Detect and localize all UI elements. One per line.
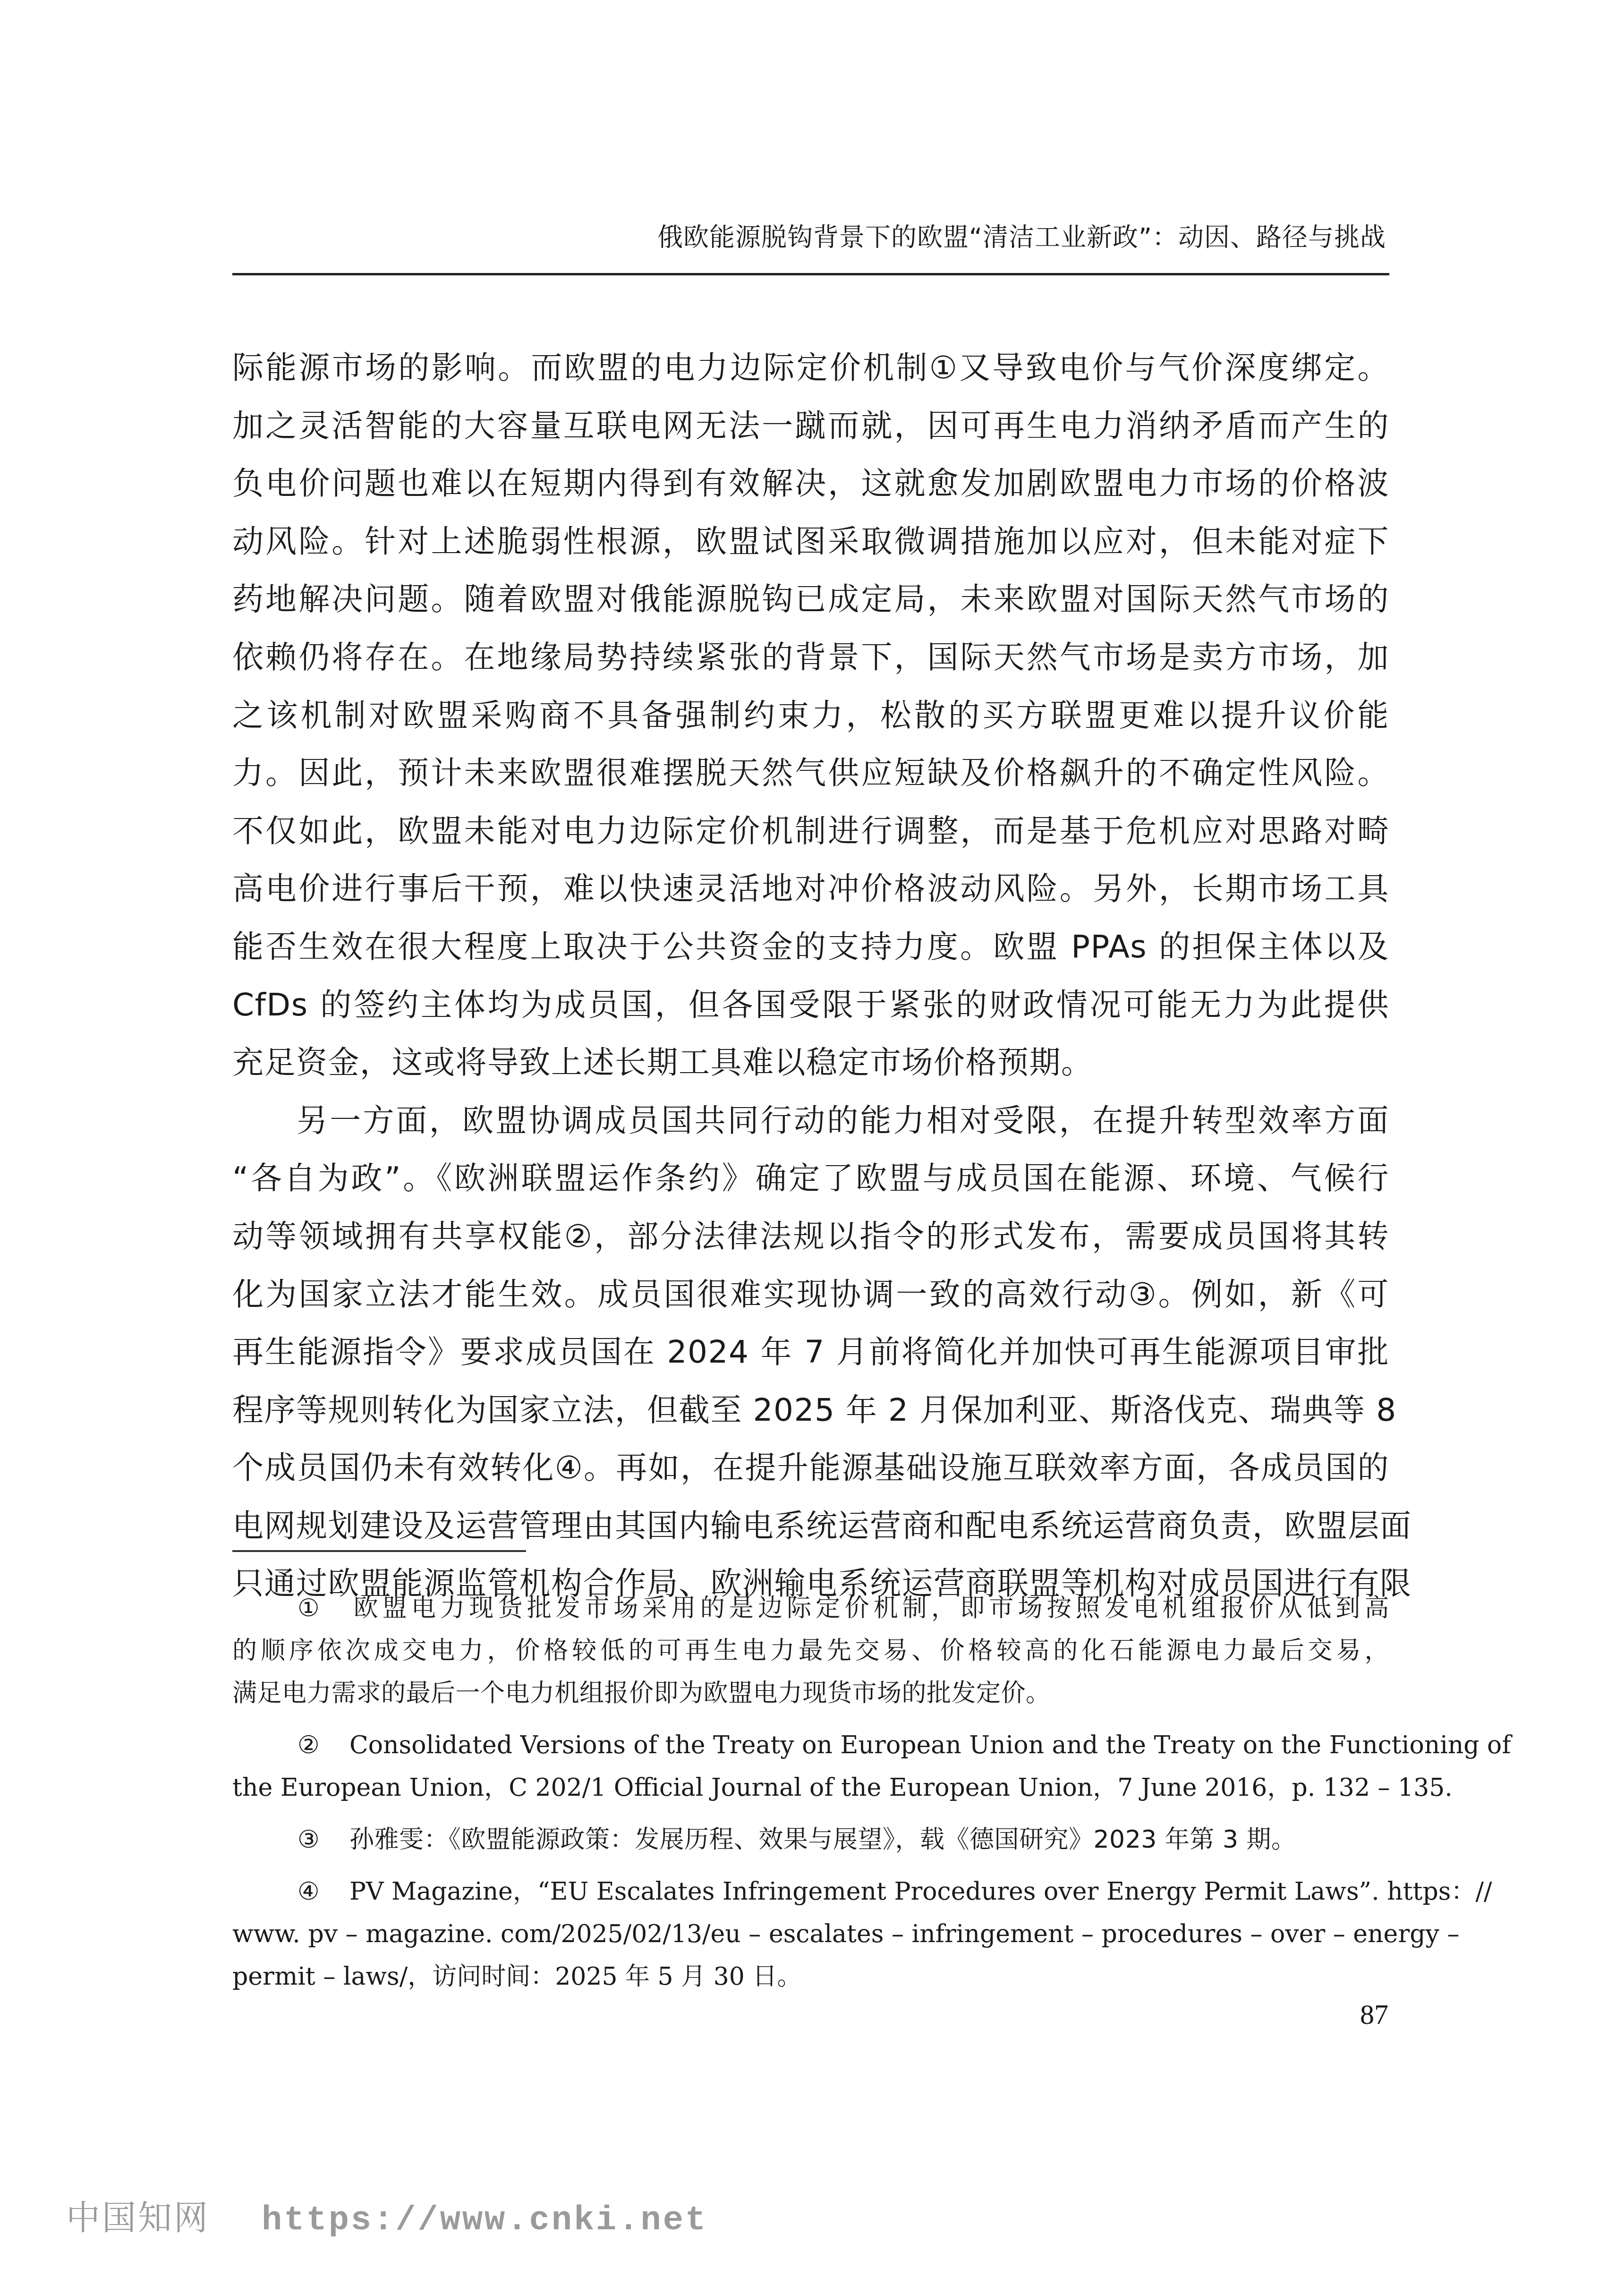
text-line: 电网规划建设及运营管理由其国内输电系统运营商和配电系统运营商负责，欧盟层面 <box>232 1497 1389 1555</box>
text-line: 加之灵活智能的大容量互联电网无法一蹴而就，因可再生电力消纳矛盾而产生的 <box>232 397 1389 455</box>
footnote-line: 的顺序依次成交电力，价格较低的可再生电力最先交易、价格较高的化石能源电力最后交易… <box>232 1629 1389 1672</box>
text-line: 依赖仍将存在。在地缘局势持续紧张的背景下，国际天然气市场是卖方市场，加 <box>232 629 1389 687</box>
text-line: 力。因此，预计未来欧盟很难摆脱天然气供应短缺及价格飙升的不确定性风险。 <box>232 744 1389 802</box>
footnote-1: ①欧盟电力现货批发市场采用的是边际定价机制，即市场按照发电机组报价从低到高 的顺… <box>232 1587 1389 1714</box>
watermark-url[interactable]: https://www.cnki.net <box>262 2201 707 2240</box>
header-rule <box>232 273 1389 275</box>
text-line: 动等领域拥有共享权能②，部分法律法规以指令的形式发布，需要成员国将其转 <box>232 1208 1389 1266</box>
footnote-marker: ① <box>298 1587 349 1629</box>
text-line: 不仅如此，欧盟未能对电力边际定价机制进行调整，而是基于危机应对思路对畸 <box>232 802 1389 861</box>
body-text: 际能源市场的影响。而欧盟的电力边际定价机制①又导致电价与气价深度绑定。 加之灵活… <box>232 339 1389 1613</box>
text-line: “各自为政”。《欧洲联盟运作条约》确定了欧盟与成员国在能源、环境、气候行 <box>232 1150 1389 1208</box>
footnote-marker: ③ <box>298 1818 349 1861</box>
footnote-line: ③孙雅雯：《欧盟能源政策：发展历程、效果与展望》，载《德国研究》2023 年第 … <box>232 1818 1389 1861</box>
footnotes: ①欧盟电力现货批发市场采用的是边际定价机制，即市场按照发电机组报价从低到高 的顺… <box>232 1587 1389 2007</box>
footnote-3: ③孙雅雯：《欧盟能源政策：发展历程、效果与展望》，载《德国研究》2023 年第 … <box>232 1818 1389 1861</box>
paragraph-1: 际能源市场的影响。而欧盟的电力边际定价机制①又导致电价与气价深度绑定。 加之灵活… <box>232 339 1389 1092</box>
footnote-line: 满足电力需求的最后一个电力机组报价即为欧盟电力现货市场的批发定价。 <box>232 1672 1389 1714</box>
text-line: 动风险。针对上述脆弱性根源，欧盟试图采取微调措施加以应对，但未能对症下 <box>232 513 1389 571</box>
text-line: 负电价问题也难以在短期内得到有效解决，这就愈发加剧欧盟电力市场的价格波 <box>232 455 1389 513</box>
footnote-line: the European Union，C 202/1 Official Jour… <box>232 1766 1389 1809</box>
footnote-text: 孙雅雯：《欧盟能源政策：发展历程、效果与展望》，载《德国研究》2023 年第 3… <box>349 1825 1296 1854</box>
text-line: 能否生效在很大程度上取决于公共资金的支持力度。欧盟 PPAs 的担保主体以及 <box>232 918 1389 976</box>
footnote-line: ①欧盟电力现货批发市场采用的是边际定价机制，即市场按照发电机组报价从低到高 <box>232 1587 1389 1629</box>
footnote-marker: ④ <box>298 1870 349 1913</box>
footnote-2: ②Consolidated Versions of the Treaty on … <box>232 1724 1389 1809</box>
text-line: 另一方面，欧盟协调成员国共同行动的能力相对受限，在提升转型效率方面 <box>232 1092 1389 1150</box>
footnote-text: Consolidated Versions of the Treaty on E… <box>349 1731 1511 1759</box>
footnote-line: permit – laws/，访问时间：2025 年 5 月 30 日。 <box>232 1955 1389 1998</box>
footnote-text: PV Magazine，“EU Escalates Infringement P… <box>349 1877 1492 1906</box>
footnote-marker: ② <box>298 1724 349 1766</box>
text-line: 之该机制对欧盟采购商不具备强制约束力，松散的买方联盟更难以提升议价能 <box>232 687 1389 745</box>
text-line: 药地解决问题。随着欧盟对俄能源脱钩已成定局，未来欧盟对国际天然气市场的 <box>232 571 1389 629</box>
text-line: 个成员国仍未有效转化④。再如，在提升能源基础设施互联效率方面，各成员国的 <box>232 1439 1389 1497</box>
running-head-title: 俄欧能源脱钩背景下的欧盟“清洁工业新政”：动因、路径与挑战 <box>234 221 1386 254</box>
text-line: 高电价进行事后干预，难以快速灵活地对冲价格波动风险。另外，长期市场工具 <box>232 860 1389 918</box>
cnki-watermark: 中国知网https://www.cnki.net <box>66 2196 707 2239</box>
text-line: 充足资金，这或将导致上述长期工具难以稳定市场价格预期。 <box>232 1034 1389 1092</box>
footnote-link-line[interactable]: www. pv – magazine. com/2025/02/13/eu – … <box>232 1913 1389 1955</box>
watermark-site-name: 中国知网 <box>66 2198 210 2237</box>
text-line: 再生能源指令》要求成员国在 2024 年 7 月前将简化并加快可再生能源项目审批 <box>232 1323 1389 1382</box>
footnote-text: 欧盟电力现货批发市场采用的是边际定价机制，即市场按照发电机组报价从低到高 <box>349 1594 1389 1622</box>
text-line: 际能源市场的影响。而欧盟的电力边际定价机制①又导致电价与气价深度绑定。 <box>232 339 1389 397</box>
page-number: 87 <box>1341 1996 1388 2033</box>
footnote-separator <box>232 1550 526 1552</box>
text-line: CfDs 的签约主体均为成员国，但各国受限于紧张的财政情况可能无力为此提供 <box>232 976 1389 1034</box>
text-line: 化为国家立法才能生效。成员国很难实现协调一致的高效行动③。例如，新《可 <box>232 1266 1389 1324</box>
footnote-line: ②Consolidated Versions of the Treaty on … <box>232 1724 1389 1766</box>
paragraph-2: 另一方面，欧盟协调成员国共同行动的能力相对受限，在提升转型效率方面 “各自为政”… <box>232 1092 1389 1613</box>
footnote-4: ④PV Magazine，“EU Escalates Infringement … <box>232 1870 1389 1998</box>
footnote-line: ④PV Magazine，“EU Escalates Infringement … <box>232 1870 1389 1913</box>
text-line: 程序等规则转化为国家立法，但截至 2025 年 2 月保加利亚、斯洛伐克、瑞典等… <box>232 1382 1389 1440</box>
